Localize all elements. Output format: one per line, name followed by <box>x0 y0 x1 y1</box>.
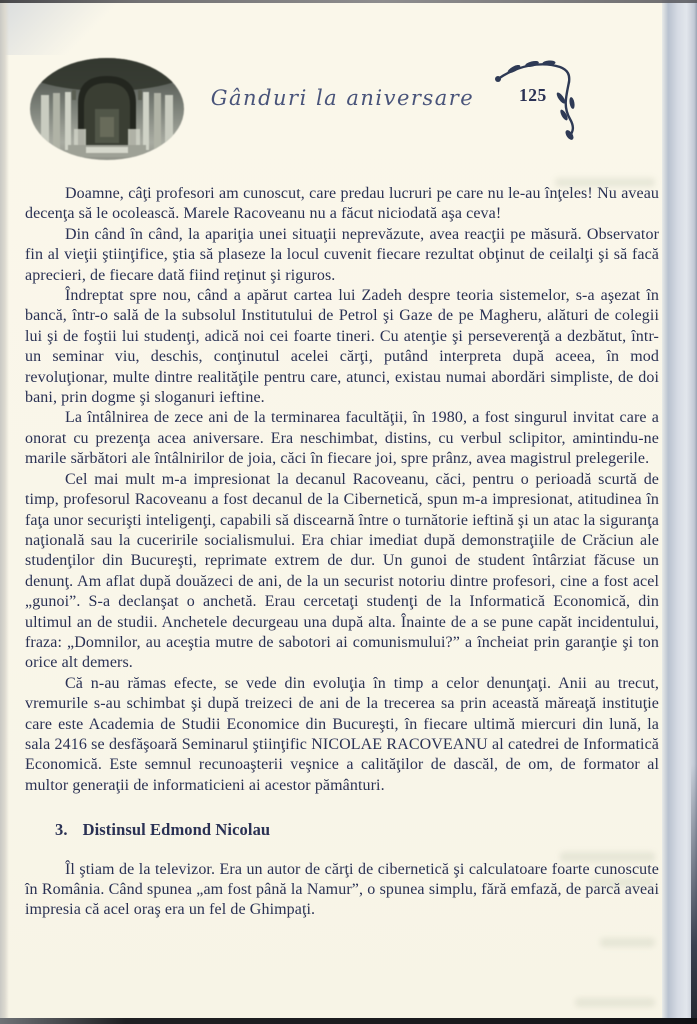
bleed-through-mark <box>555 178 655 187</box>
paragraph: La întâlnirea de zece ani de la terminar… <box>25 408 659 469</box>
bleed-through-mark <box>560 852 655 862</box>
section-number: 3. <box>55 820 68 839</box>
scan-corner-wash <box>0 0 120 55</box>
aula-photo <box>28 56 186 162</box>
bleed-through-mark <box>575 998 655 1007</box>
bleed-through-mark <box>590 878 655 887</box>
paragraph: Îl ştiam de la televizor. Era un autor d… <box>25 860 659 921</box>
scan-edge-top <box>0 0 697 3</box>
text-block: Doamne, câţi profesori am cunoscut, care… <box>25 184 659 921</box>
section-title: Distinsul Edmond Nicolau <box>83 820 271 839</box>
running-title: Gânduri la aniversare <box>210 86 475 110</box>
paragraph: Că n-au rămas efecte, se vede din evoluţ… <box>25 674 659 796</box>
scan-edge-right <box>662 0 697 1024</box>
paragraph: Din când în când, la apariţia unei situa… <box>25 225 659 286</box>
bleed-through-mark <box>600 938 655 947</box>
section-heading: 3.Distinsul Edmond Nicolau <box>55 820 659 840</box>
scan-edge-bottom <box>0 1018 697 1024</box>
paragraph: Îndreptat spre nou, când a apărut cartea… <box>25 286 659 408</box>
paragraph: Doamne, câţi profesori am cunoscut, care… <box>25 184 659 225</box>
page-number: 125 <box>519 85 547 106</box>
paragraph: Cel mai mult m-a impresionat la decanul … <box>25 470 659 674</box>
scan-edge-left <box>0 0 9 1024</box>
book-page-scan: Gânduri la aniversare 125 Doamne, câţi p… <box>0 0 697 1024</box>
